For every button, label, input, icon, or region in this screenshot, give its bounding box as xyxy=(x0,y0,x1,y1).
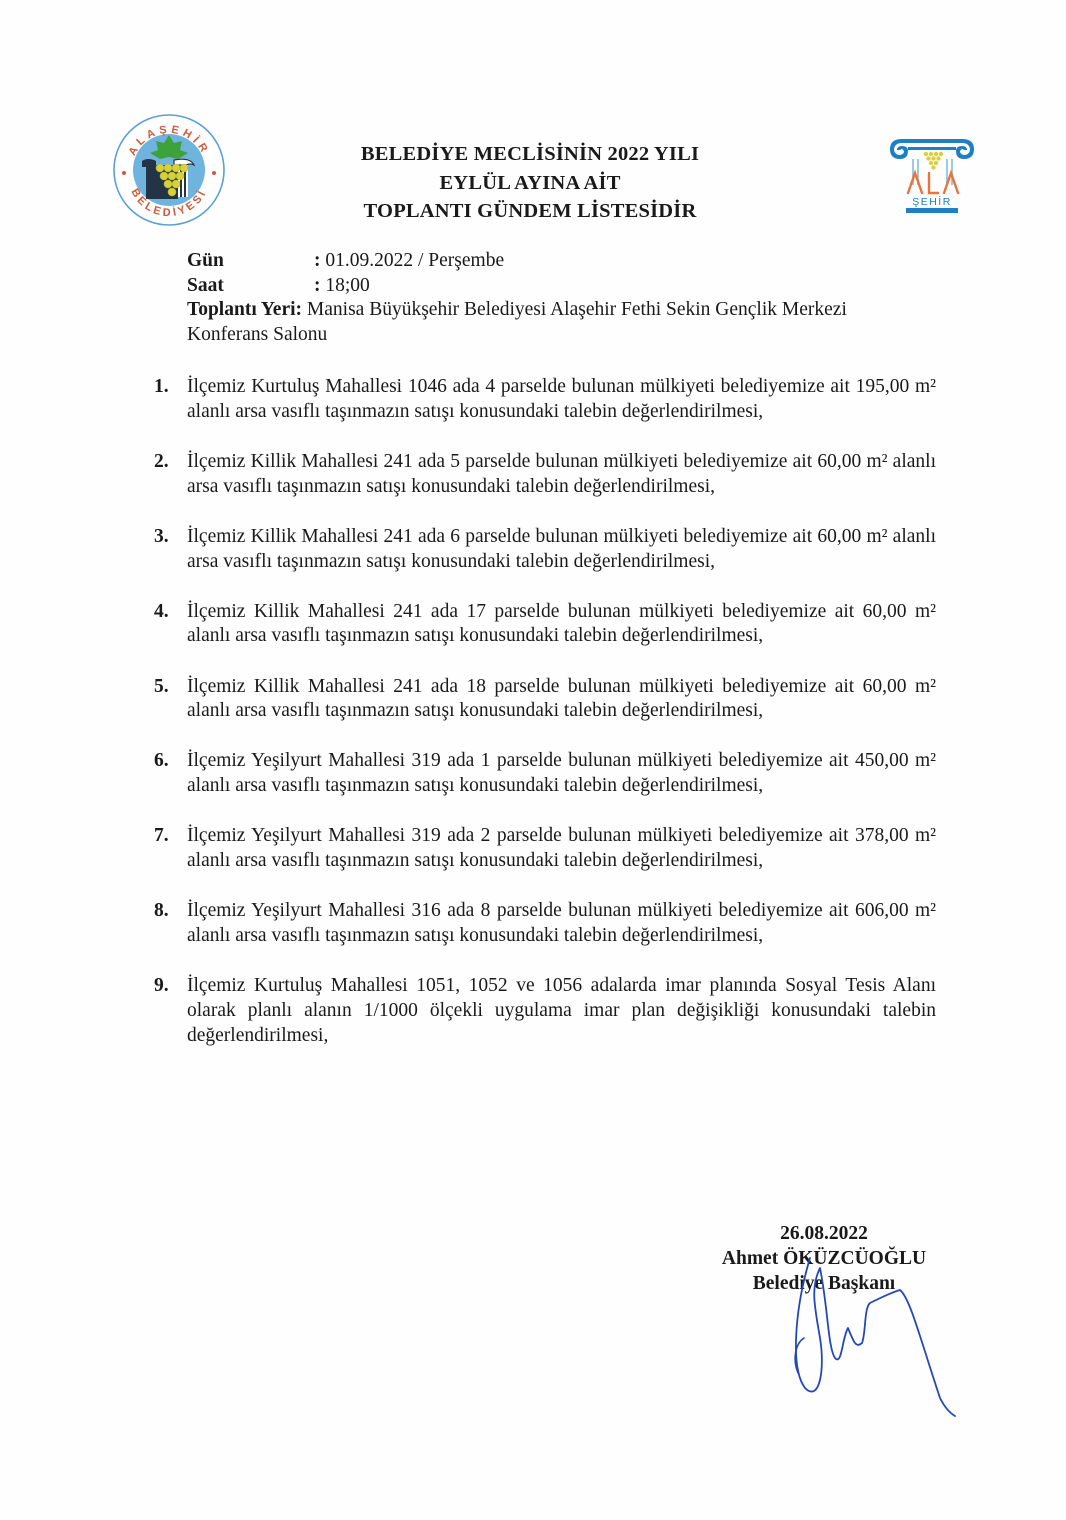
signature-date: 26.08.2022 xyxy=(690,1221,958,1246)
agenda-item: 2.İlçemiz Killik Mahallesi 241 ada 5 par… xyxy=(150,450,936,500)
agenda-item-text: İlçemiz Killik Mahallesi 241 ada 18 pars… xyxy=(187,675,936,725)
agenda-item: 7.İlçemiz Yeşilyurt Mahallesi 319 ada 2 … xyxy=(150,824,936,874)
ala-sehir-column-logo-icon: ŞEHİR xyxy=(884,135,980,215)
agenda-item-number: 5. xyxy=(154,675,169,700)
agenda-item-number: 9. xyxy=(154,974,169,999)
signature-block: 26.08.2022 Ahmet ÖKÜZCÜOĞLU Belediye Baş… xyxy=(690,1221,958,1296)
signatory-name: Ahmet ÖKÜZCÜOĞLU xyxy=(690,1246,958,1271)
agenda-item-text: İlçemiz Yeşilyurt Mahallesi 319 ada 2 pa… xyxy=(187,824,936,874)
agenda-item-text: İlçemiz Yeşilyurt Mahallesi 319 ada 1 pa… xyxy=(187,749,936,799)
alasehir-belediyesi-seal-icon: ALAŞEHİR BELEDİYESİ xyxy=(112,113,226,227)
agenda-item-number: 8. xyxy=(154,899,169,924)
document-page: ALAŞEHİR BELEDİYESİ BELEDİYE MECLİSİNİN … xyxy=(0,0,1066,1520)
meeting-info: Gün: 01.09.2022 / Perşembe Saat: 18;00 T… xyxy=(187,249,937,347)
svg-text:ŞEHİR: ŞEHİR xyxy=(912,195,952,208)
agenda-item-number: 4. xyxy=(154,600,169,625)
agenda-item-text: İlçemiz Killik Mahallesi 241 ada 6 parse… xyxy=(187,525,936,575)
meeting-time-row: Saat: 18;00 xyxy=(187,274,937,299)
agenda-item-text: İlçemiz Yeşilyurt Mahallesi 316 ada 8 pa… xyxy=(187,899,936,949)
day-label: Gün xyxy=(187,249,314,274)
agenda-item-number: 7. xyxy=(154,824,169,849)
agenda-list: 1.İlçemiz Kurtuluş Mahallesi 1046 ada 4 … xyxy=(150,375,936,1074)
agenda-item: 1.İlçemiz Kurtuluş Mahallesi 1046 ada 4 … xyxy=(150,375,936,425)
title-line-2: EYLÜL AYINA AİT xyxy=(300,169,760,198)
meeting-place-row: Toplantı Yeri: Manisa Büyükşehir Belediy… xyxy=(187,298,937,323)
agenda-item: 8.İlçemiz Yeşilyurt Mahallesi 316 ada 8 … xyxy=(150,899,936,949)
agenda-item: 5.İlçemiz Killik Mahallesi 241 ada 18 pa… xyxy=(150,675,936,725)
agenda-item-number: 2. xyxy=(154,450,169,475)
place-value-cont: Konferans Salonu xyxy=(187,324,327,345)
agenda-item-text: İlçemiz Killik Mahallesi 241 ada 5 parse… xyxy=(187,450,936,500)
agenda-item-number: 1. xyxy=(154,375,169,400)
day-value: 01.09.2022 / Perşembe xyxy=(325,250,504,271)
agenda-item-number: 6. xyxy=(154,749,169,774)
title-line-1: BELEDİYE MECLİSİNİN 2022 YILI xyxy=(300,140,760,169)
agenda-item-number: 3. xyxy=(154,525,169,550)
agenda-item: 3.İlçemiz Killik Mahallesi 241 ada 6 par… xyxy=(150,525,936,575)
agenda-item-text: İlçemiz Kurtuluş Mahallesi 1046 ada 4 pa… xyxy=(187,375,936,425)
meeting-day-row: Gün: 01.09.2022 / Perşembe xyxy=(187,249,937,274)
agenda-item: 6.İlçemiz Yeşilyurt Mahallesi 319 ada 1 … xyxy=(150,749,936,799)
agenda-item-text: İlçemiz Kurtuluş Mahallesi 1051, 1052 ve… xyxy=(187,974,936,1048)
time-label: Saat xyxy=(187,274,314,299)
meeting-place-row-2: Konferans Salonu xyxy=(187,323,937,348)
time-value: 18;00 xyxy=(325,275,369,296)
signatory-title: Belediye Başkanı xyxy=(690,1271,958,1296)
place-value: Manisa Büyükşehir Belediyesi Alaşehir Fe… xyxy=(307,299,847,320)
agenda-item-text: İlçemiz Killik Mahallesi 241 ada 17 pars… xyxy=(187,600,936,650)
agenda-item: 4.İlçemiz Killik Mahallesi 241 ada 17 pa… xyxy=(150,600,936,650)
title-line-3: TOPLANTI GÜNDEM LİSTESİDİR xyxy=(300,197,760,226)
document-title: BELEDİYE MECLİSİNİN 2022 YILI EYLÜL AYIN… xyxy=(300,140,760,226)
place-label: Toplantı Yeri xyxy=(187,298,296,323)
agenda-item: 9.İlçemiz Kurtuluş Mahallesi 1051, 1052 … xyxy=(150,974,936,1048)
